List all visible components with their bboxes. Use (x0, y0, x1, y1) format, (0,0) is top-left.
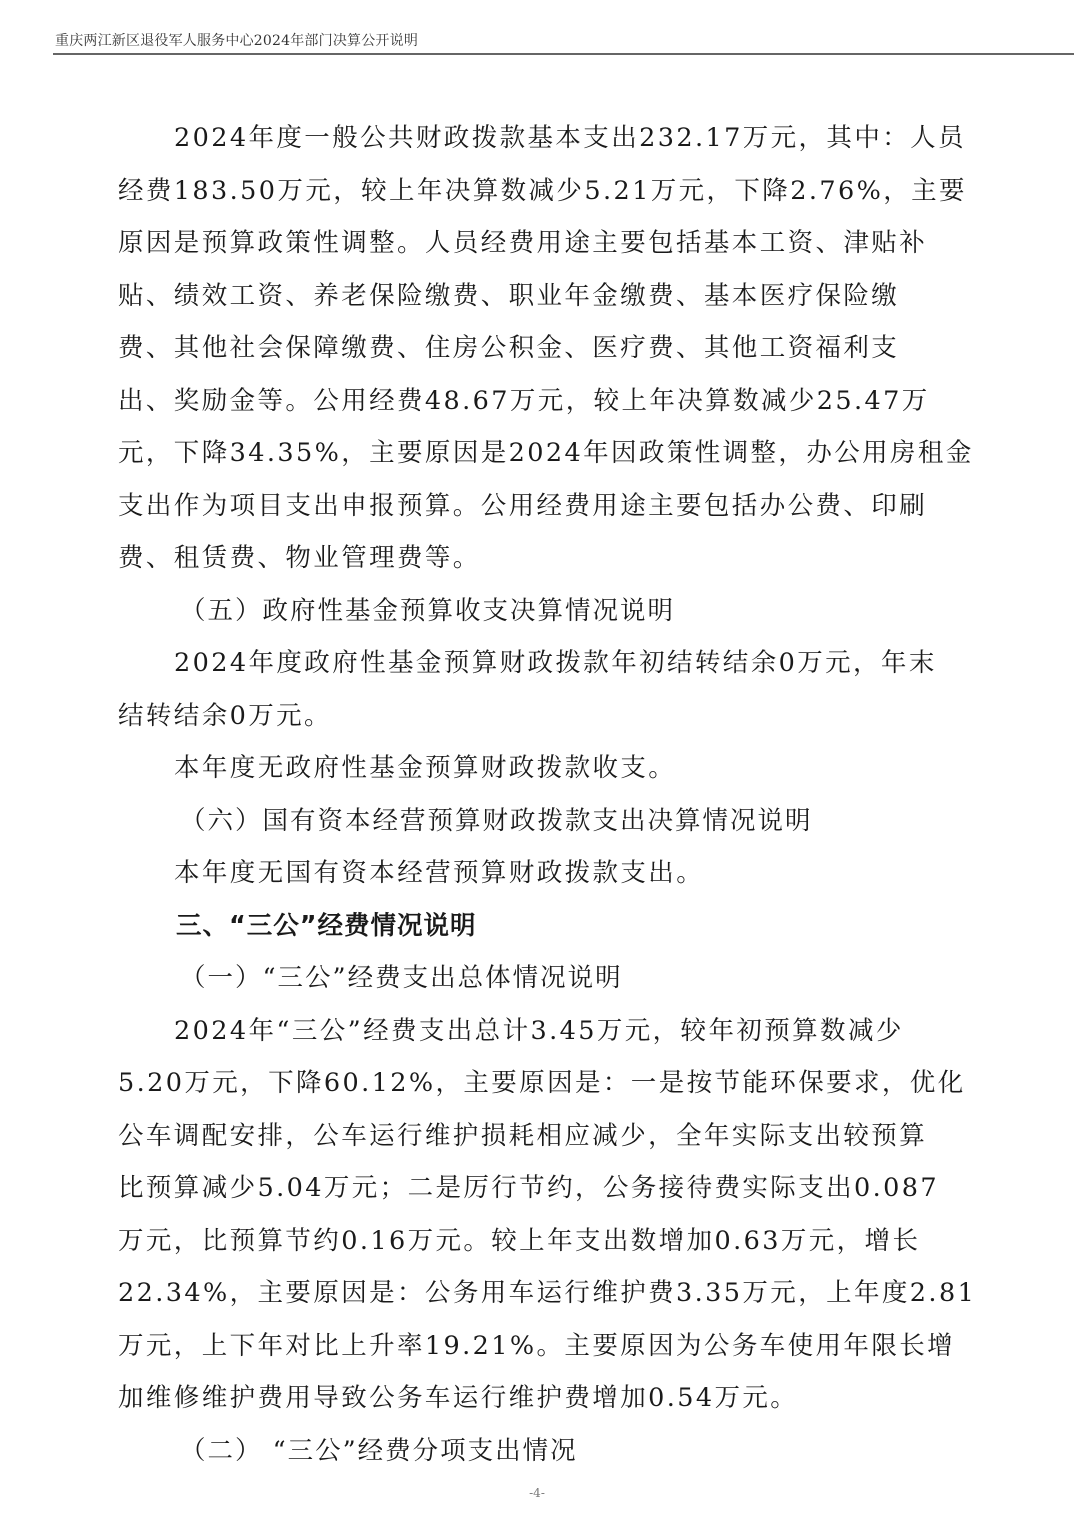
paragraph-line: 5.20万元，下降60.12%，主要原因是：一是按节能环保要求，优化 (118, 1057, 962, 1110)
paragraph-line: 2024年“三公”经费支出总计3.45万元，较年初预算数减少 (118, 1005, 962, 1058)
paragraph-line: 2024年度一般公共财政拨款基本支出232.17万元，其中：人员 (118, 112, 962, 165)
paragraph-line: 原因是预算政策性调整。人员经费用途主要包括基本工资、津贴补 (118, 217, 962, 270)
paragraph-line: 公车调配安排，公车运行维护损耗相应减少，全年实际支出较预算 (118, 1110, 962, 1163)
paragraph-line: 加维修维护费用导致公务车运行维护费增加0.54万元。 (118, 1372, 962, 1425)
section-heading-5: （五）政府性基金预算收支决算情况说明 (118, 585, 962, 638)
paragraph-line: 结转结余0万元。 (118, 690, 962, 743)
section-heading-3-1: （一）“三公”经费支出总体情况说明 (118, 952, 962, 1005)
paragraph-line: 经费183.50万元，较上年决算数减少5.21万元，下降2.76%，主要 (118, 165, 962, 218)
section-heading-3-2: （二） “三公”经费分项支出情况 (118, 1425, 962, 1478)
paragraph-line: 费、其他社会保障缴费、住房公积金、医疗费、其他工资福利支 (118, 322, 962, 375)
paragraph-line: 万元，上下年对比上升率19.21%。主要原因为公务车使用年限长增 (118, 1320, 962, 1373)
paragraph-line: 本年度无国有资本经营预算财政拨款支出。 (118, 847, 962, 900)
document-header-title: 重庆两江新区退役军人服务中心2024年部门决算公开说明 (55, 30, 418, 50)
paragraph-line: 费、租赁费、物业管理费等。 (118, 532, 962, 585)
paragraph-line: 22.34%，主要原因是：公务用车运行维护费3.35万元，上年度2.81 (118, 1267, 962, 1320)
paragraph-line: 比预算减少5.04万元；二是厉行节约，公务接待费实际支出0.087 (118, 1162, 962, 1215)
document-body: 2024年度一般公共财政拨款基本支出232.17万元，其中：人员 经费183.5… (118, 112, 962, 1477)
header-divider (53, 53, 1074, 55)
paragraph-line: 2024年度政府性基金预算财政拨款年初结转结余0万元，年末 (118, 637, 962, 690)
paragraph-line: 本年度无政府性基金预算财政拨款收支。 (118, 742, 962, 795)
paragraph-line: 出、奖励金等。公用经费48.67万元，较上年决算数减少25.47万 (118, 375, 962, 428)
section-heading-6: （六）国有资本经营预算财政拨款支出决算情况说明 (118, 795, 962, 848)
paragraph-line: 元，下降34.35%，主要原因是2024年因政策性调整，办公用房租金 (118, 427, 962, 480)
paragraph-line: 支出作为项目支出申报预算。公用经费用途主要包括办公费、印刷 (118, 480, 962, 533)
page-number: -4- (0, 1486, 1074, 1500)
paragraph-line: 贴、绩效工资、养老保险缴费、职业年金缴费、基本医疗保险缴 (118, 270, 962, 323)
paragraph-line: 万元，比预算节约0.16万元。较上年支出数增加0.63万元，增长 (118, 1215, 962, 1268)
chapter-heading-3: 三、“三公”经费情况说明 (118, 900, 962, 953)
